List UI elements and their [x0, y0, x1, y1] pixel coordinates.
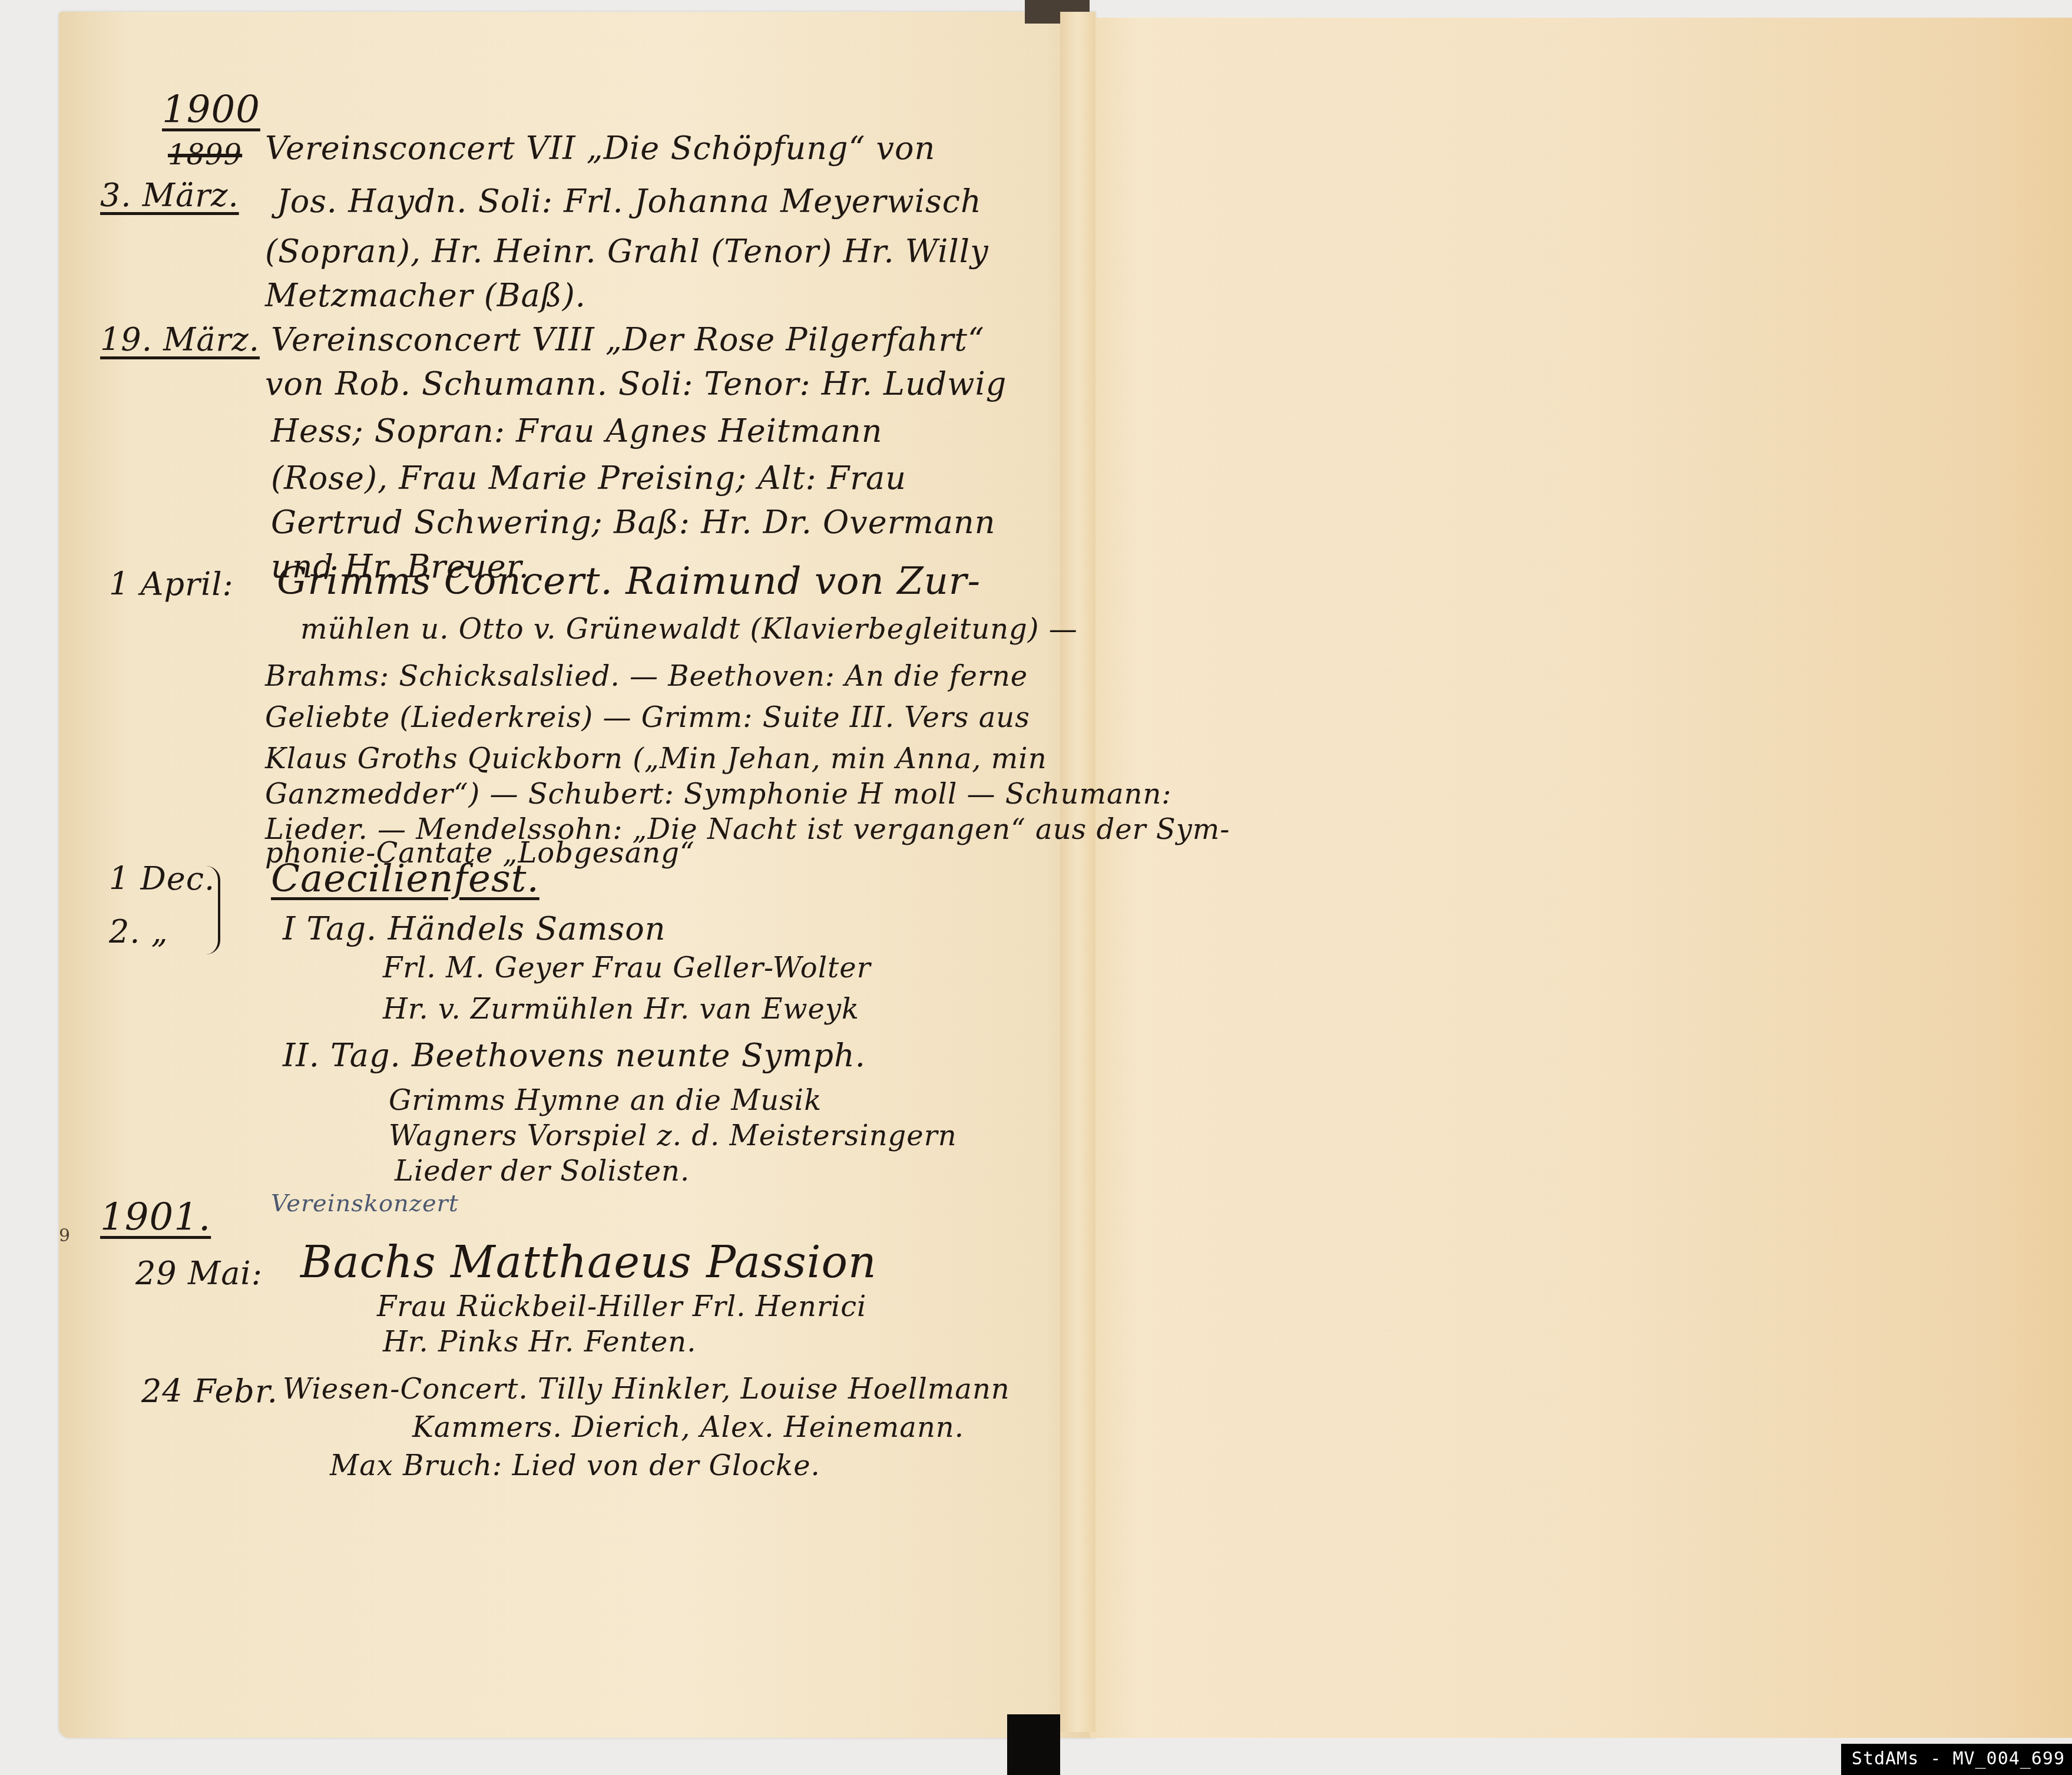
- entry-line: Lieder der Solisten.: [395, 1155, 690, 1188]
- entry-line: I Tag. Händels Samson: [283, 910, 666, 947]
- entry-line: II. Tag. Beethovens neunte Symph.: [283, 1037, 866, 1074]
- entry-line: Hr. Pinks Hr. Fenten.: [383, 1326, 697, 1358]
- year-header-1900: 1900: [162, 88, 260, 132]
- entry-line: Caecilienfest.: [271, 857, 539, 901]
- entry-line: Geliebte (Liederkreis) — Grimm: Suite II…: [265, 701, 1030, 734]
- entry-line: Gertrud Schwering; Baß: Hr. Dr. Overmann: [271, 504, 996, 541]
- entry-line: Hess; Sopran: Frau Agnes Heitmann: [271, 412, 883, 449]
- entry-line: Kammers. Dierich, Alex. Heinemann.: [412, 1411, 964, 1444]
- entry-line: Hr. v. Zurmühlen Hr. van Eweyk: [383, 993, 859, 1026]
- entry-line: Wagners Vorspiel z. d. Meistersingern: [389, 1119, 957, 1152]
- entry-date: 1 Dec.: [109, 860, 215, 897]
- entry-line: Vereinsconcert VIII „Der Rose Pilgerfahr…: [271, 321, 985, 358]
- entry-line: (Sopran), Hr. Heinr. Grahl (Tenor) Hr. W…: [265, 233, 989, 270]
- margin-mark: 9: [59, 1225, 70, 1246]
- archive-label: StdAMs - MV_004_699: [1841, 1744, 2072, 1775]
- entry-line: Wiesen-Concert. Tilly Hinkler, Louise Ho…: [283, 1373, 1010, 1406]
- pencil-annotation: Vereinskonzert: [271, 1190, 459, 1217]
- entry-date-continued: 2. „: [109, 913, 168, 950]
- right-page-blank: [1090, 18, 2072, 1738]
- book-gutter: [1060, 12, 1095, 1732]
- entry-line: (Rose), Frau Marie Preising; Alt: Frau: [271, 460, 906, 497]
- book-spine-bottom: [1007, 1714, 1060, 1775]
- entry-line: Grimms Hymne an die Musik: [389, 1084, 822, 1117]
- entry-line: Klaus Groths Quickborn („Min Jehan, min …: [265, 742, 1047, 775]
- entry-line: Ganzmedder“) — Schubert: Symphonie H mol…: [265, 778, 1172, 811]
- entry-line: Frau Rückbeil-Hiller Frl. Henrici: [377, 1290, 866, 1323]
- entry-date: 1 April:: [109, 566, 234, 603]
- entry-line: Frl. M. Geyer Frau Geller-Wolter: [383, 951, 871, 984]
- entry-line: Metzmacher (Baß).: [265, 277, 586, 314]
- entry-line: Jos. Haydn. Soli: Frl. Johanna Meyerwisc…: [277, 183, 982, 220]
- entry-line: von Rob. Schumann. Soli: Tenor: Hr. Ludw…: [265, 365, 1007, 402]
- entry-line: mühlen u. Otto v. Grünewaldt (Klavierbeg…: [300, 613, 1078, 646]
- bracket-mark: [206, 866, 220, 954]
- entry-line: Grimms Concert. Raimund von Zur-: [277, 560, 981, 603]
- entry-line: Max Bruch: Lied von der Glocke.: [330, 1449, 820, 1482]
- entry-date: 29 Mai:: [135, 1255, 263, 1292]
- entry-date: 3. März.: [100, 177, 239, 214]
- entry-line: Vereinsconcert VII „Die Schöpfung“ von: [265, 130, 935, 167]
- entry-line: Bachs Matthaeus Passion: [300, 1237, 877, 1288]
- entry-line: Brahms: Schicksalslied. — Beethoven: An …: [265, 660, 1028, 693]
- entry-date: 19. März.: [100, 321, 260, 358]
- year-struck-1899: 1899: [168, 138, 242, 171]
- year-header-1901: 1901.: [100, 1196, 211, 1239]
- entry-date: 24 Febr.: [141, 1373, 278, 1410]
